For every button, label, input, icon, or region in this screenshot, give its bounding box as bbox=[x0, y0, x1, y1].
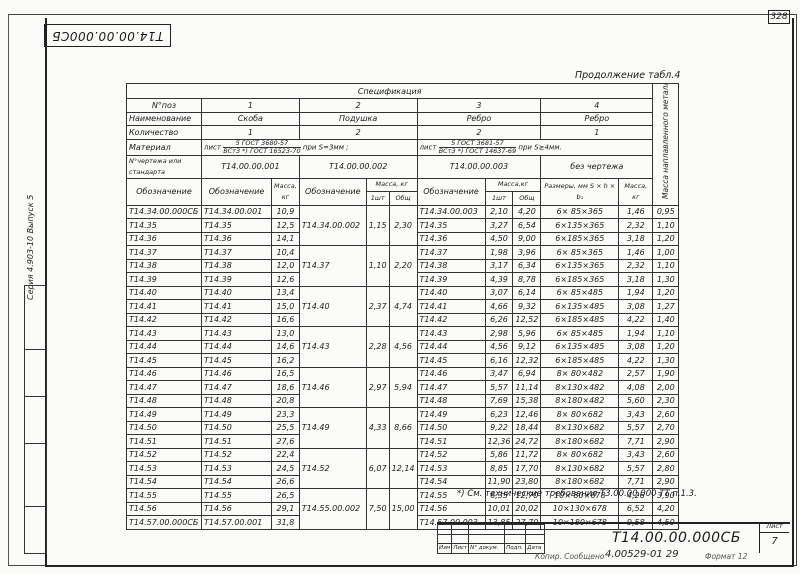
cell-designation: Т14.45 bbox=[127, 354, 202, 368]
col-header-mass-2-unit: 1шт bbox=[366, 192, 389, 206]
cell-designation-2: Т14.49 bbox=[299, 408, 366, 449]
cell-designation: Т14.47 bbox=[127, 381, 202, 395]
cell-designation: Т14.57.00.000СБ bbox=[127, 516, 202, 530]
specification-table: Спецификация Масса наплавленного металла… bbox=[126, 83, 679, 530]
cell-mass-3-total: 6,94 bbox=[513, 367, 541, 381]
cell-mass-4: 3,18 bbox=[619, 232, 653, 246]
cell-mass-2-total: 4,56 bbox=[389, 327, 417, 368]
cell-designation-1: Т14.35 bbox=[202, 219, 272, 233]
cell-mass-3-total: 9,12 bbox=[513, 340, 541, 354]
cell-mass-2-unit: 6,07 bbox=[366, 448, 389, 489]
cell-mass-4: 2,57 bbox=[619, 367, 653, 381]
cell-designation: Т14.46 bbox=[127, 367, 202, 381]
cell-designation: Т14.38 bbox=[127, 259, 202, 273]
cell-mass-1: 12,5 bbox=[272, 219, 300, 233]
cell-designation-1: Т14.55 bbox=[202, 489, 272, 503]
cell-mass-2-unit: 4,33 bbox=[366, 408, 389, 449]
cell-mass-3-total: 8,78 bbox=[513, 273, 541, 287]
cell-mass-4: 4,08 bbox=[619, 381, 653, 395]
row-label-material: Материал bbox=[127, 139, 202, 155]
cell-designation-1: Т14.53 bbox=[202, 462, 272, 476]
cell-mass-3-unit: 3,07 bbox=[485, 286, 513, 300]
table-title: Спецификация bbox=[127, 84, 653, 99]
cell-mass-3-total: 18,44 bbox=[513, 421, 541, 435]
cell-sizes-4: 6×185×365 bbox=[541, 232, 619, 246]
cell-designation-3: Т14.53 bbox=[417, 462, 485, 476]
side-strip-cell bbox=[25, 444, 46, 507]
cell-mass-1: 29,1 bbox=[272, 502, 300, 516]
name-1: Скоба bbox=[202, 112, 300, 126]
cell-weld-mass: 1,20 bbox=[653, 232, 679, 246]
cell-sizes-4: 8×130×682 bbox=[541, 462, 619, 476]
col-header-mass-1: Масса, кг bbox=[272, 178, 300, 205]
cell-mass-4: 7,71 bbox=[619, 435, 653, 449]
cell-mass-4: 4,22 bbox=[619, 354, 653, 368]
sheet-number: 7 bbox=[760, 533, 789, 551]
cell-mass-3-total: 11,72 bbox=[513, 448, 541, 462]
cell-designation-3: Т14.56 bbox=[417, 502, 485, 516]
cell-mass-1: 16,2 bbox=[272, 354, 300, 368]
cell-weld-mass: 2,80 bbox=[653, 462, 679, 476]
qty-2: 2 bbox=[299, 126, 417, 140]
side-strip-cell bbox=[25, 397, 46, 444]
cell-weld-mass: 1,10 bbox=[653, 259, 679, 273]
cell-weld-mass: 2,70 bbox=[653, 421, 679, 435]
format-label: Формат 12 bbox=[705, 552, 747, 561]
table-row: Т14.40Т14.4013,4Т14.402,374,74Т14.403,07… bbox=[127, 286, 679, 300]
drawing-4: без чертежа bbox=[541, 155, 653, 178]
cell-designation-1: Т14.38 bbox=[202, 259, 272, 273]
cell-mass-1: 15,0 bbox=[272, 300, 300, 314]
cell-designation-1: Т14.57.00.001 bbox=[202, 516, 272, 530]
cell-mass-3-unit: 11,90 bbox=[485, 475, 513, 489]
cell-mass-3-total: 6,14 bbox=[513, 286, 541, 300]
cell-designation-2: Т14.37 bbox=[299, 246, 366, 287]
cell-designation-3: Т14.36 bbox=[417, 232, 485, 246]
cell-weld-mass: 1,90 bbox=[653, 367, 679, 381]
col-header-mass-3-total: Общ bbox=[513, 192, 541, 206]
cell-designation-2: Т14.52 bbox=[299, 448, 366, 489]
cell-mass-3-unit: 6,16 bbox=[485, 354, 513, 368]
cell-designation-1: Т14.42 bbox=[202, 313, 272, 327]
material-prefix: лист bbox=[420, 143, 437, 151]
pos-2: 2 bbox=[299, 99, 417, 113]
cell-designation-3: Т14.42 bbox=[417, 313, 485, 327]
cell-mass-3-unit: 3,27 bbox=[485, 219, 513, 233]
cell-designation-1: Т14.37 bbox=[202, 246, 272, 260]
cell-mass-4: 3,08 bbox=[619, 340, 653, 354]
archive-code: 4.00529-01 29 bbox=[605, 549, 679, 560]
cell-mass-1: 13,0 bbox=[272, 327, 300, 341]
cell-mass-2-unit: 2,37 bbox=[366, 286, 389, 327]
cell-designation: Т14.55 bbox=[127, 489, 202, 503]
cell-sizes-4: 6× 85×485 bbox=[541, 327, 619, 341]
cell-mass-3-unit: 3,17 bbox=[485, 259, 513, 273]
cell-weld-mass: 1,20 bbox=[653, 340, 679, 354]
cell-sizes-4: 10×130×678 bbox=[541, 502, 619, 516]
cell-mass-1: 27,6 bbox=[272, 435, 300, 449]
cell-designation: Т14.35 bbox=[127, 219, 202, 233]
cell-mass-4: 7,71 bbox=[619, 475, 653, 489]
cell-weld-mass: 1,20 bbox=[653, 286, 679, 300]
cell-mass-1: 25,5 bbox=[272, 421, 300, 435]
cell-designation-3: Т14.54 bbox=[417, 475, 485, 489]
cell-mass-3-unit: 6,23 bbox=[485, 408, 513, 422]
cell-designation: Т14.50 bbox=[127, 421, 202, 435]
cell-mass-3-unit: 5,86 bbox=[485, 448, 513, 462]
cell-weld-mass: 0,95 bbox=[653, 205, 679, 219]
cell-mass-3-unit: 4,56 bbox=[485, 340, 513, 354]
cell-mass-1: 12,0 bbox=[272, 259, 300, 273]
cell-mass-3-unit: 4,39 bbox=[485, 273, 513, 287]
drawing-3: Т14.00.00.003 bbox=[417, 155, 541, 178]
table-row: Т14.34.00.000СБТ14.34.00.00110,9Т14.34.0… bbox=[127, 205, 679, 219]
cell-designation-3: Т14.40 bbox=[417, 286, 485, 300]
cell-mass-1: 26,6 bbox=[272, 475, 300, 489]
cell-mass-3-total: 6,54 bbox=[513, 219, 541, 233]
cell-designation-1: Т14.43 bbox=[202, 327, 272, 341]
cell-designation: Т14.51 bbox=[127, 435, 202, 449]
cell-weld-mass: 2,90 bbox=[653, 435, 679, 449]
cell-mass-3-total: 9,00 bbox=[513, 232, 541, 246]
cell-designation-3: Т14.37 bbox=[417, 246, 485, 260]
table-row: Т14.37Т14.3710,4Т14.371,102,20Т14.371,98… bbox=[127, 246, 679, 260]
cell-mass-2-unit: 7,50 bbox=[366, 489, 389, 530]
cell-designation: Т14.37 bbox=[127, 246, 202, 260]
cell-mass-3-unit: 2,10 bbox=[485, 205, 513, 219]
cell-mass-3-total: 20,02 bbox=[513, 502, 541, 516]
cell-sizes-4: 6×135×365 bbox=[541, 259, 619, 273]
cell-mass-1: 13,4 bbox=[272, 286, 300, 300]
qty-1: 1 bbox=[202, 126, 300, 140]
cell-designation-1: Т14.52 bbox=[202, 448, 272, 462]
cell-mass-4: 4,22 bbox=[619, 313, 653, 327]
cell-mass-3-unit: 5,57 bbox=[485, 381, 513, 395]
revision-col-label: N° докум. bbox=[469, 544, 505, 554]
drawing-2: Т14.00.00.002 bbox=[299, 155, 417, 178]
cell-designation-3: Т14.46 bbox=[417, 367, 485, 381]
table-row: Т14.49Т14.4923,3Т14.494,338,66Т14.496,23… bbox=[127, 408, 679, 422]
cell-designation-3: Т14.44 bbox=[417, 340, 485, 354]
cell-mass-4: 2,32 bbox=[619, 259, 653, 273]
cell-mass-4: 1,94 bbox=[619, 327, 653, 341]
cell-designation: Т14.53 bbox=[127, 462, 202, 476]
cell-mass-1: 10,4 bbox=[272, 246, 300, 260]
cell-mass-1: 18,6 bbox=[272, 381, 300, 395]
cell-mass-2-unit: 2,28 bbox=[366, 327, 389, 368]
cell-designation-3: Т14.38 bbox=[417, 259, 485, 273]
cell-designation-3: Т14.35 bbox=[417, 219, 485, 233]
cell-weld-mass: 1,00 bbox=[653, 246, 679, 260]
cell-sizes-4: 6×135×365 bbox=[541, 219, 619, 233]
cell-mass-3-total: 23,80 bbox=[513, 475, 541, 489]
cell-mass-2-total: 15,00 bbox=[389, 489, 417, 530]
cell-designation: Т14.48 bbox=[127, 394, 202, 408]
cell-designation-1: Т14.39 bbox=[202, 273, 272, 287]
qty-4: 1 bbox=[541, 126, 653, 140]
row-label-qty: Количество bbox=[127, 126, 202, 140]
cell-designation-1: Т14.40 bbox=[202, 286, 272, 300]
cell-mass-3-unit: 1,98 bbox=[485, 246, 513, 260]
cell-mass-2-total: 2,30 bbox=[389, 205, 417, 246]
cell-designation-3: Т14.48 bbox=[417, 394, 485, 408]
revision-col-label: Изм bbox=[438, 544, 452, 554]
cell-sizes-4: 8× 80×682 bbox=[541, 448, 619, 462]
cell-mass-3-total: 12,52 bbox=[513, 313, 541, 327]
cell-sizes-4: 6× 85×485 bbox=[541, 286, 619, 300]
cell-mass-4: 6,52 bbox=[619, 502, 653, 516]
cell-weld-mass: 2,60 bbox=[653, 448, 679, 462]
cell-mass-3-total: 5,96 bbox=[513, 327, 541, 341]
cell-designation-2: Т14.34.00.002 bbox=[299, 205, 366, 246]
table-row: Т14.52Т14.5222,4Т14.526,0712,14Т14.525,8… bbox=[127, 448, 679, 462]
cell-mass-2-total: 8,66 bbox=[389, 408, 417, 449]
cell-mass-3-unit: 4,50 bbox=[485, 232, 513, 246]
cell-designation-1: Т14.47 bbox=[202, 381, 272, 395]
row-label-name: Наименование bbox=[127, 112, 202, 126]
corner-stamp: Т14.00.00.000СБ bbox=[44, 24, 171, 47]
side-stamp-strip bbox=[24, 285, 47, 554]
cell-mass-3-unit: 2,98 bbox=[485, 327, 513, 341]
drawing-1: Т14.00.00.001 bbox=[202, 155, 300, 178]
cell-designation-1: Т14.41 bbox=[202, 300, 272, 314]
cell-designation: Т14.40 bbox=[127, 286, 202, 300]
cell-designation: Т14.41 bbox=[127, 300, 202, 314]
cell-designation-1: Т14.45 bbox=[202, 354, 272, 368]
cell-designation-1: Т14.44 bbox=[202, 340, 272, 354]
cell-sizes-4: 8× 80×682 bbox=[541, 408, 619, 422]
cell-mass-4: 3,43 bbox=[619, 408, 653, 422]
cell-weld-mass: 2,90 bbox=[653, 475, 679, 489]
cell-designation-3: Т14.39 bbox=[417, 273, 485, 287]
cell-mass-1: 24,5 bbox=[272, 462, 300, 476]
weld-mass-header: Масса наплавленного металла сварных швов… bbox=[653, 84, 679, 206]
name-3: Ребро bbox=[417, 112, 541, 126]
table-row: Т14.43Т14.4313,0Т14.432,284,56Т14.432,98… bbox=[127, 327, 679, 341]
cell-mass-4: 5,57 bbox=[619, 421, 653, 435]
cell-weld-mass: 2,00 bbox=[653, 381, 679, 395]
cell-mass-3-total: 6,34 bbox=[513, 259, 541, 273]
cell-mass-2-total: 5,94 bbox=[389, 367, 417, 408]
cell-mass-4: 3,18 bbox=[619, 273, 653, 287]
continuation-label: Продолжение табл.4 bbox=[575, 70, 680, 81]
cell-mass-3-total: 15,38 bbox=[513, 394, 541, 408]
cell-designation: Т14.42 bbox=[127, 313, 202, 327]
cell-designation: Т14.44 bbox=[127, 340, 202, 354]
cell-sizes-4: 8× 80×482 bbox=[541, 367, 619, 381]
col-header-designation-2: Обозначение bbox=[299, 178, 366, 205]
cell-mass-3-unit: 4,66 bbox=[485, 300, 513, 314]
cell-mass-1: 23,3 bbox=[272, 408, 300, 422]
cell-mass-3-unit: 10,01 bbox=[485, 502, 513, 516]
row-label-pos: N°поз bbox=[127, 99, 202, 113]
cell-mass-3-unit: 9,22 bbox=[485, 421, 513, 435]
col-header-mass-2: Масса, кг bbox=[366, 178, 417, 192]
cell-mass-4: 3,43 bbox=[619, 448, 653, 462]
cell-designation-3: Т14.50 bbox=[417, 421, 485, 435]
copied-by: Копир. Сообщено bbox=[535, 552, 604, 561]
cell-mass-3-unit: 8,85 bbox=[485, 462, 513, 476]
cell-sizes-4: 6× 85×365 bbox=[541, 246, 619, 260]
cell-mass-3-total: 24,72 bbox=[513, 435, 541, 449]
cell-mass-1: 26,5 bbox=[272, 489, 300, 503]
cell-sizes-4: 8×130×682 bbox=[541, 421, 619, 435]
cell-designation-3: Т14.52 bbox=[417, 448, 485, 462]
cell-sizes-4: 8×180×682 bbox=[541, 435, 619, 449]
cell-mass-1: 14,1 bbox=[272, 232, 300, 246]
col-header-designation: Обозначение bbox=[127, 178, 202, 205]
cell-designation: Т14.39 bbox=[127, 273, 202, 287]
cell-mass-3-unit: 7,69 bbox=[485, 394, 513, 408]
cell-mass-1: 16,6 bbox=[272, 313, 300, 327]
cell-mass-1: 31,8 bbox=[272, 516, 300, 530]
table-row: Т14.46Т14.4616,5Т14.462,975,94Т14.463,47… bbox=[127, 367, 679, 381]
cell-sizes-4: 6×135×485 bbox=[541, 300, 619, 314]
cell-mass-1: 12,6 bbox=[272, 273, 300, 287]
cell-sizes-4: 8×180×682 bbox=[541, 475, 619, 489]
cell-mass-3-total: 11,14 bbox=[513, 381, 541, 395]
col-header-designation-1: Обозначение bbox=[202, 178, 272, 205]
cell-mass-3-total: 4,20 bbox=[513, 205, 541, 219]
cell-weld-mass: 1,40 bbox=[653, 313, 679, 327]
material-prefix: лист bbox=[204, 143, 221, 151]
cell-weld-mass: 1,30 bbox=[653, 354, 679, 368]
cell-sizes-4: 6× 85×365 bbox=[541, 205, 619, 219]
material-1: лист 5 ГОСТ 3680-57ВСт3 *) ГОСТ 16523-70… bbox=[202, 139, 418, 155]
pos-1: 1 bbox=[202, 99, 300, 113]
col-header-mass-3-unit: 1шт bbox=[485, 192, 513, 206]
cell-mass-4: 1,94 bbox=[619, 286, 653, 300]
cell-designation-2: Т14.40 bbox=[299, 286, 366, 327]
cell-designation-3: Т14.34.00.003 bbox=[417, 205, 485, 219]
cell-mass-2-total: 12,14 bbox=[389, 448, 417, 489]
col-header-mass-2-total: Общ bbox=[389, 192, 417, 206]
cell-designation: Т14.43 bbox=[127, 327, 202, 341]
qty-3: 2 bbox=[417, 126, 541, 140]
revision-col-label: Подп. bbox=[505, 544, 526, 554]
col-header-sizes-4: Размеры, мм S × h × b₁ bbox=[541, 178, 619, 205]
footnote: *) См. технические требования Т3.00.00.0… bbox=[457, 489, 697, 499]
sheet-box: Лист 7 bbox=[759, 522, 789, 553]
cell-weld-mass: 1,10 bbox=[653, 327, 679, 341]
cell-weld-mass: 1,30 bbox=[653, 273, 679, 287]
cell-mass-1: 20,8 bbox=[272, 394, 300, 408]
cell-designation-3: Т14.45 bbox=[417, 354, 485, 368]
cell-mass-1: 22,4 bbox=[272, 448, 300, 462]
cell-mass-4: 5,57 bbox=[619, 462, 653, 476]
cell-mass-3-total: 3,96 bbox=[513, 246, 541, 260]
cell-designation-2: Т14.55.00.002 bbox=[299, 489, 366, 530]
revision-cells: ИзмЛистN° докум.Подп.Дата bbox=[437, 524, 557, 554]
cell-sizes-4: 6×185×485 bbox=[541, 313, 619, 327]
cell-mass-2-unit: 1,15 bbox=[366, 205, 389, 246]
cell-mass-3-total: 9,32 bbox=[513, 300, 541, 314]
cell-mass-2-total: 2,20 bbox=[389, 246, 417, 287]
cell-designation-3: Т14.47 bbox=[417, 381, 485, 395]
cell-designation-1: Т14.34.00.001 bbox=[202, 205, 272, 219]
cell-designation: Т14.36 bbox=[127, 232, 202, 246]
top-sheet-number: 328 bbox=[768, 10, 790, 24]
cell-designation: Т14.54 bbox=[127, 475, 202, 489]
cell-designation-1: Т14.36 bbox=[202, 232, 272, 246]
col-header-mass-4: Масса, кг bbox=[619, 178, 653, 205]
cell-designation: Т14.52 bbox=[127, 448, 202, 462]
cell-mass-4: 1,46 bbox=[619, 246, 653, 260]
cell-mass-4: 1,46 bbox=[619, 205, 653, 219]
cell-sizes-4: 6×135×485 bbox=[541, 340, 619, 354]
cell-mass-1: 16,5 bbox=[272, 367, 300, 381]
cell-designation-2: Т14.43 bbox=[299, 327, 366, 368]
col-header-designation-3: Обозначение bbox=[417, 178, 485, 205]
cell-designation: Т14.56 bbox=[127, 502, 202, 516]
cell-sizes-4: 8×130×482 bbox=[541, 381, 619, 395]
cell-mass-4: 3,08 bbox=[619, 300, 653, 314]
cell-sizes-4: 6×185×365 bbox=[541, 273, 619, 287]
cell-designation-1: Т14.56 bbox=[202, 502, 272, 516]
side-strip-cell bbox=[25, 350, 46, 397]
cell-weld-mass: 1,27 bbox=[653, 300, 679, 314]
cell-mass-2-total: 4,74 bbox=[389, 286, 417, 327]
cell-mass-1: 14,6 bbox=[272, 340, 300, 354]
cell-designation-1: Т14.46 bbox=[202, 367, 272, 381]
pos-3: 3 bbox=[417, 99, 541, 113]
cell-mass-2-unit: 2,97 bbox=[366, 367, 389, 408]
cell-designation-3: Т14.51 bbox=[417, 435, 485, 449]
cell-designation-1: Т14.48 bbox=[202, 394, 272, 408]
cell-mass-3-total: 12,46 bbox=[513, 408, 541, 422]
cell-designation-1: Т14.50 bbox=[202, 421, 272, 435]
cell-mass-3-unit: 3,47 bbox=[485, 367, 513, 381]
cell-mass-3-unit: 6,26 bbox=[485, 313, 513, 327]
cell-designation-1: Т14.49 bbox=[202, 408, 272, 422]
cell-weld-mass: 2,60 bbox=[653, 408, 679, 422]
cell-designation-1: Т14.51 bbox=[202, 435, 272, 449]
side-strip-cell bbox=[25, 507, 46, 553]
cell-mass-3-total: 12,32 bbox=[513, 354, 541, 368]
row-label-drawing: N°чертежа или стандарта bbox=[127, 155, 202, 178]
cell-designation: Т14.34.00.000СБ bbox=[127, 205, 202, 219]
cell-sizes-4: 8×180×482 bbox=[541, 394, 619, 408]
cell-designation-2: Т14.46 bbox=[299, 367, 366, 408]
cell-weld-mass: 4,20 bbox=[653, 502, 679, 516]
cell-weld-mass: 2,30 bbox=[653, 394, 679, 408]
cell-sizes-4: 6×185×485 bbox=[541, 354, 619, 368]
revision-col-label: Лист bbox=[452, 544, 469, 554]
col-header-mass-3: Масса,кг bbox=[485, 178, 541, 192]
cell-designation-1: Т14.54 bbox=[202, 475, 272, 489]
material-2: лист 5 ГОСТ 3681-57ВСт3 *) ГОСТ 14637-69… bbox=[417, 139, 653, 155]
cell-mass-4: 2,32 bbox=[619, 219, 653, 233]
name-2: Подушка bbox=[299, 112, 417, 126]
cell-mass-1: 10,9 bbox=[272, 205, 300, 219]
cell-designation: Т14.49 bbox=[127, 408, 202, 422]
cell-designation-3: Т14.49 bbox=[417, 408, 485, 422]
cell-designation-3: Т14.41 bbox=[417, 300, 485, 314]
name-4: Ребро bbox=[541, 112, 653, 126]
side-strip-cell bbox=[25, 286, 46, 350]
pos-4: 4 bbox=[541, 99, 653, 113]
cell-mass-3-unit: 12,36 bbox=[485, 435, 513, 449]
document-number: Т14.00.00.000СБ bbox=[612, 530, 741, 546]
cell-mass-4: 5,60 bbox=[619, 394, 653, 408]
sheet-label: Лист bbox=[760, 522, 789, 533]
cell-mass-2-unit: 1,10 bbox=[366, 246, 389, 287]
cell-mass-3-total: 17,70 bbox=[513, 462, 541, 476]
cell-weld-mass: 1,10 bbox=[653, 219, 679, 233]
cell-designation-3: Т14.43 bbox=[417, 327, 485, 341]
